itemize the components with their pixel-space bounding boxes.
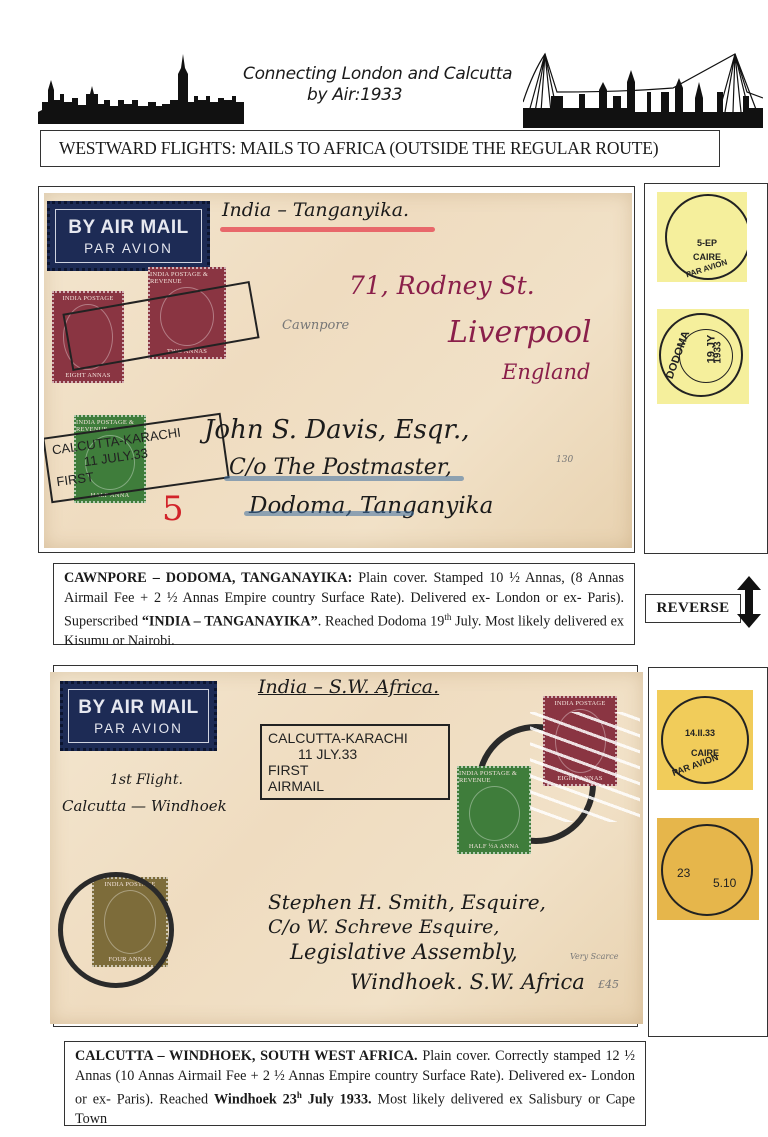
sender-address-line1: 71, Rodney St. xyxy=(349,271,535,300)
london-skyline-icon xyxy=(38,50,246,124)
flight-note-line2: Calcutta — Windhoek xyxy=(62,797,227,815)
pencil-note: Cawnpore xyxy=(282,318,349,333)
recipient-line2: C/o W. Schreve Esquire, xyxy=(268,916,499,938)
strikethrough-line1 xyxy=(224,476,464,481)
airmail-label: BY AIR MAIL PAR AVION xyxy=(47,201,210,271)
sender-address-line3: England xyxy=(502,360,591,384)
red-numeral-mark: 5 xyxy=(162,489,184,529)
backstamp-cairo: 14.II.33 CAIRE PAR AVION xyxy=(657,690,753,790)
airmail-label-line1: BY AIR MAIL xyxy=(68,217,189,239)
double-arrow-up-down-icon xyxy=(737,576,761,628)
backstamp-windhoek: 23 5.10 xyxy=(657,818,759,920)
backstamp-dodoma: DODOMA 19 JY 1933 xyxy=(657,309,749,404)
backstamp-panel-2: 14.II.33 CAIRE PAR AVION 23 5.10 xyxy=(648,667,768,1037)
reverse-label-text: REVERSE xyxy=(657,600,730,617)
recipient-line1: John S. Davis, Esqr., xyxy=(204,415,470,445)
section-title-box: WESTWARD FLIGHTS: MAILS TO AFRICA (OUTSI… xyxy=(40,130,720,167)
reverse-label: REVERSE xyxy=(645,594,741,623)
page-title-line2: by Air:1933 xyxy=(307,85,402,105)
small-circled-note: 130 xyxy=(556,455,573,465)
backstamp-cairo: 5-EP CAIRE PAR AVION xyxy=(657,192,747,282)
strikethrough-line2 xyxy=(244,511,414,516)
first-airmail-cachet: CALCUTTA-KARACHI 11 JLY.33 FIRST AIRMAIL xyxy=(260,724,450,800)
pencil-note-scarce: Very Scarce xyxy=(570,952,618,961)
cover1-envelope: BY AIR MAIL PAR AVION India – Tanganyika… xyxy=(44,193,632,548)
airmail-label: BY AIR MAIL PAR AVION xyxy=(60,681,217,751)
cover2-envelope: BY AIR MAIL PAR AVION India – S.W. Afric… xyxy=(50,672,643,1024)
calcutta-bridge-skyline-icon xyxy=(523,52,763,128)
flight-note-line1: 1st Flight. xyxy=(110,772,183,788)
red-underline xyxy=(220,227,435,232)
section-title: WESTWARD FLIGHTS: MAILS TO AFRICA (OUTSI… xyxy=(59,138,658,159)
backstamp-panel-1: 5-EP CAIRE PAR AVION DODOMA 19 JY 1933 xyxy=(644,183,768,554)
recipient-line4: Windhoek. S.W. Africa xyxy=(350,970,585,994)
pencil-note-price: £45 xyxy=(598,978,619,991)
superscription: India – Tanganyika. xyxy=(222,199,409,221)
recipient-line1: Stephen H. Smith, Esquire, xyxy=(268,890,546,914)
first-airmail-cachet-2: CALCUTTA-KARACHI 11 JULY.33 FIRST xyxy=(44,413,230,503)
airmail-label-line1: BY AIR MAIL xyxy=(78,697,199,719)
recipient-line3: Legislative Assembly, xyxy=(290,940,518,964)
stamp-half-anna: INDIA POSTAGE & REVENUEHALF ½A ANNA xyxy=(457,766,531,854)
page-title-line1: Connecting London and Calcutta xyxy=(243,64,543,84)
wavy-cancel-lines xyxy=(530,712,640,822)
cover2-caption: CALCUTTA – WINDHOEK, SOUTH WEST AFRICA. … xyxy=(64,1041,646,1126)
airmail-label-line2: PAR AVION xyxy=(84,241,173,256)
cover1-caption: CAWNPORE – DODOMA, TANGANAYIKA: Plain co… xyxy=(53,563,635,645)
superscription: India – S.W. Africa. xyxy=(258,676,439,698)
airmail-label-line2: PAR AVION xyxy=(94,721,183,736)
sender-address-line2: Liverpool xyxy=(448,315,591,350)
gpo-postmark xyxy=(58,872,174,988)
